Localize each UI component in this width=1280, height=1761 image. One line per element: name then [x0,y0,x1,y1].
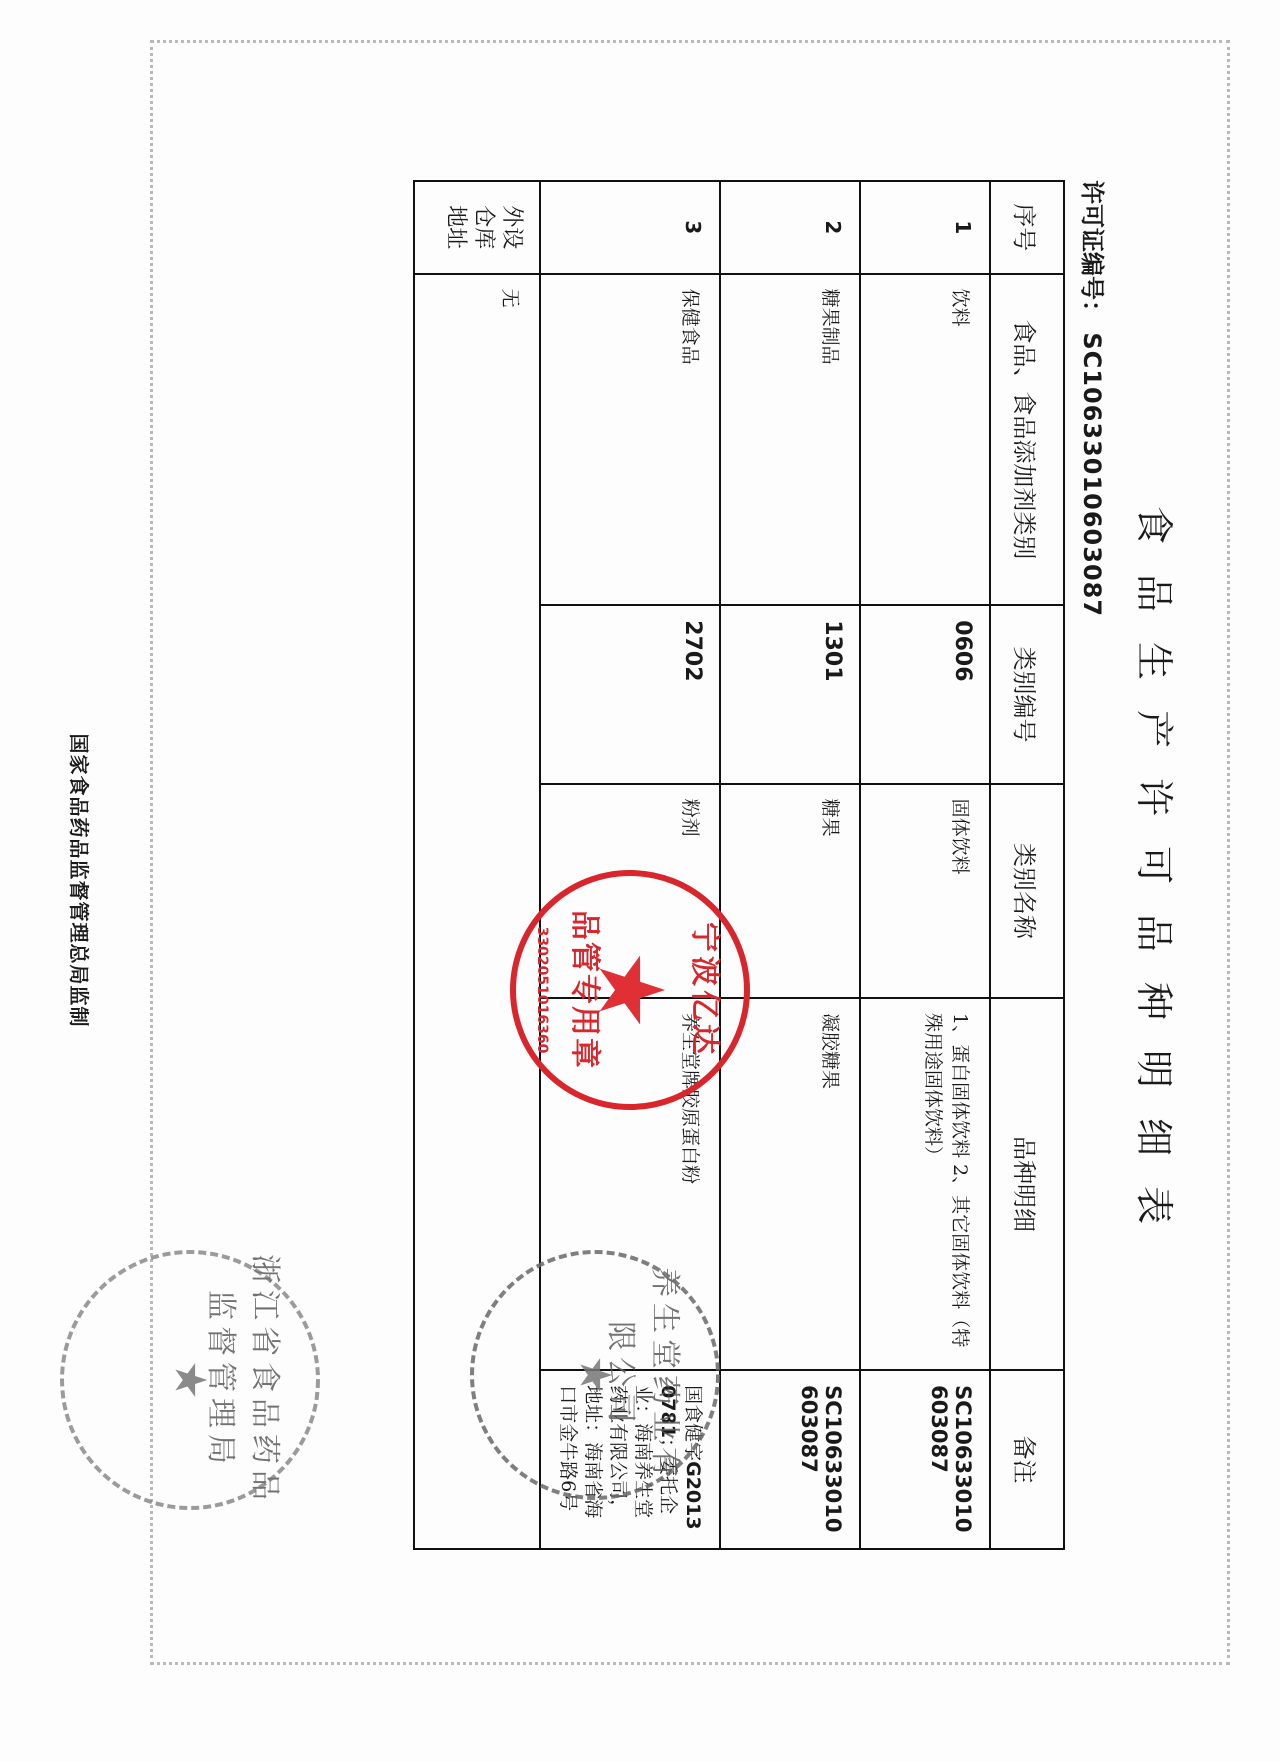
table-row: 1 饮料 0606 固体饮料 1、蛋白固体饮料 2、其它固体饮料（特殊用途固体饮… [860,181,990,1549]
gray-seal-company: 养生堂药业有限公司 ★ [470,1250,720,1500]
table-header-row: 序号 食品、食品添加剂类别 类别编号 类别名称 品种明细 备注 [990,181,1064,1549]
cell-seq: 1 [860,181,990,274]
cell-remark: SC10633010603087 [860,1370,990,1549]
red-company-seal: 宁波亿达 ★ 品管专用章 3302051016360 [510,870,750,1110]
table-row: 2 糖果制品 1301 糖果 凝胶糖果 SC10633010603087 [720,181,860,1549]
star-icon: ★ [165,1360,216,1399]
star-icon: ★ [570,1355,621,1394]
header-category: 食品、食品添加剂类别 [990,274,1064,606]
header-seq: 序号 [990,181,1064,274]
header-category-name: 类别名称 [990,784,1064,998]
scan-canvas: 食品生产许可品种明细表 许可证编号： SC10633010603087 序号 食… [0,0,1280,1761]
cell-seq: 2 [720,181,860,274]
cell-category-code: 1301 [720,605,860,783]
license-number: SC10633010603087 [1078,332,1106,617]
cell-category: 糖果制品 [720,274,860,606]
cell-category-code: 2702 [540,605,720,783]
header-detail: 品种明细 [990,998,1064,1370]
document-footer: 国家食品药品监督管理总局监制 [66,0,95,1761]
cell-category-name: 固体饮料 [860,784,990,998]
header-category-code: 类别编号 [990,605,1064,783]
license-number-line: 许可证编号： SC10633010603087 [1077,180,1112,617]
license-label: 许可证编号： [1078,180,1107,324]
cell-seq: 3 [540,181,720,274]
license-document-page: 食品生产许可品种明细表 许可证编号： SC10633010603087 序号 食… [0,0,1280,1761]
red-seal-bottom-text: 品管专用章 [566,876,610,1104]
header-remark: 备注 [990,1370,1064,1549]
cell-category: 饮料 [860,274,990,606]
gray-seal-authority: 浙江省食品药品监督管理局 ★ [60,1250,320,1510]
cell-category: 保健食品 [540,274,720,606]
document-title: 食品生产许可品种明细表 [1130,380,1185,1380]
cell-detail: 1、蛋白固体饮料 2、其它固体饮料（特殊用途固体饮料） [860,998,990,1370]
red-seal-serial: 3302051016360 [534,876,550,1104]
cell-detail: 凝胶糖果 [720,998,860,1370]
warehouse-label: 外设仓库地址 [414,181,540,274]
red-seal-top-text: 宁波亿达 [686,876,730,1104]
cell-category-code: 0606 [860,605,990,783]
cell-remark: SC10633010603087 [720,1370,860,1549]
